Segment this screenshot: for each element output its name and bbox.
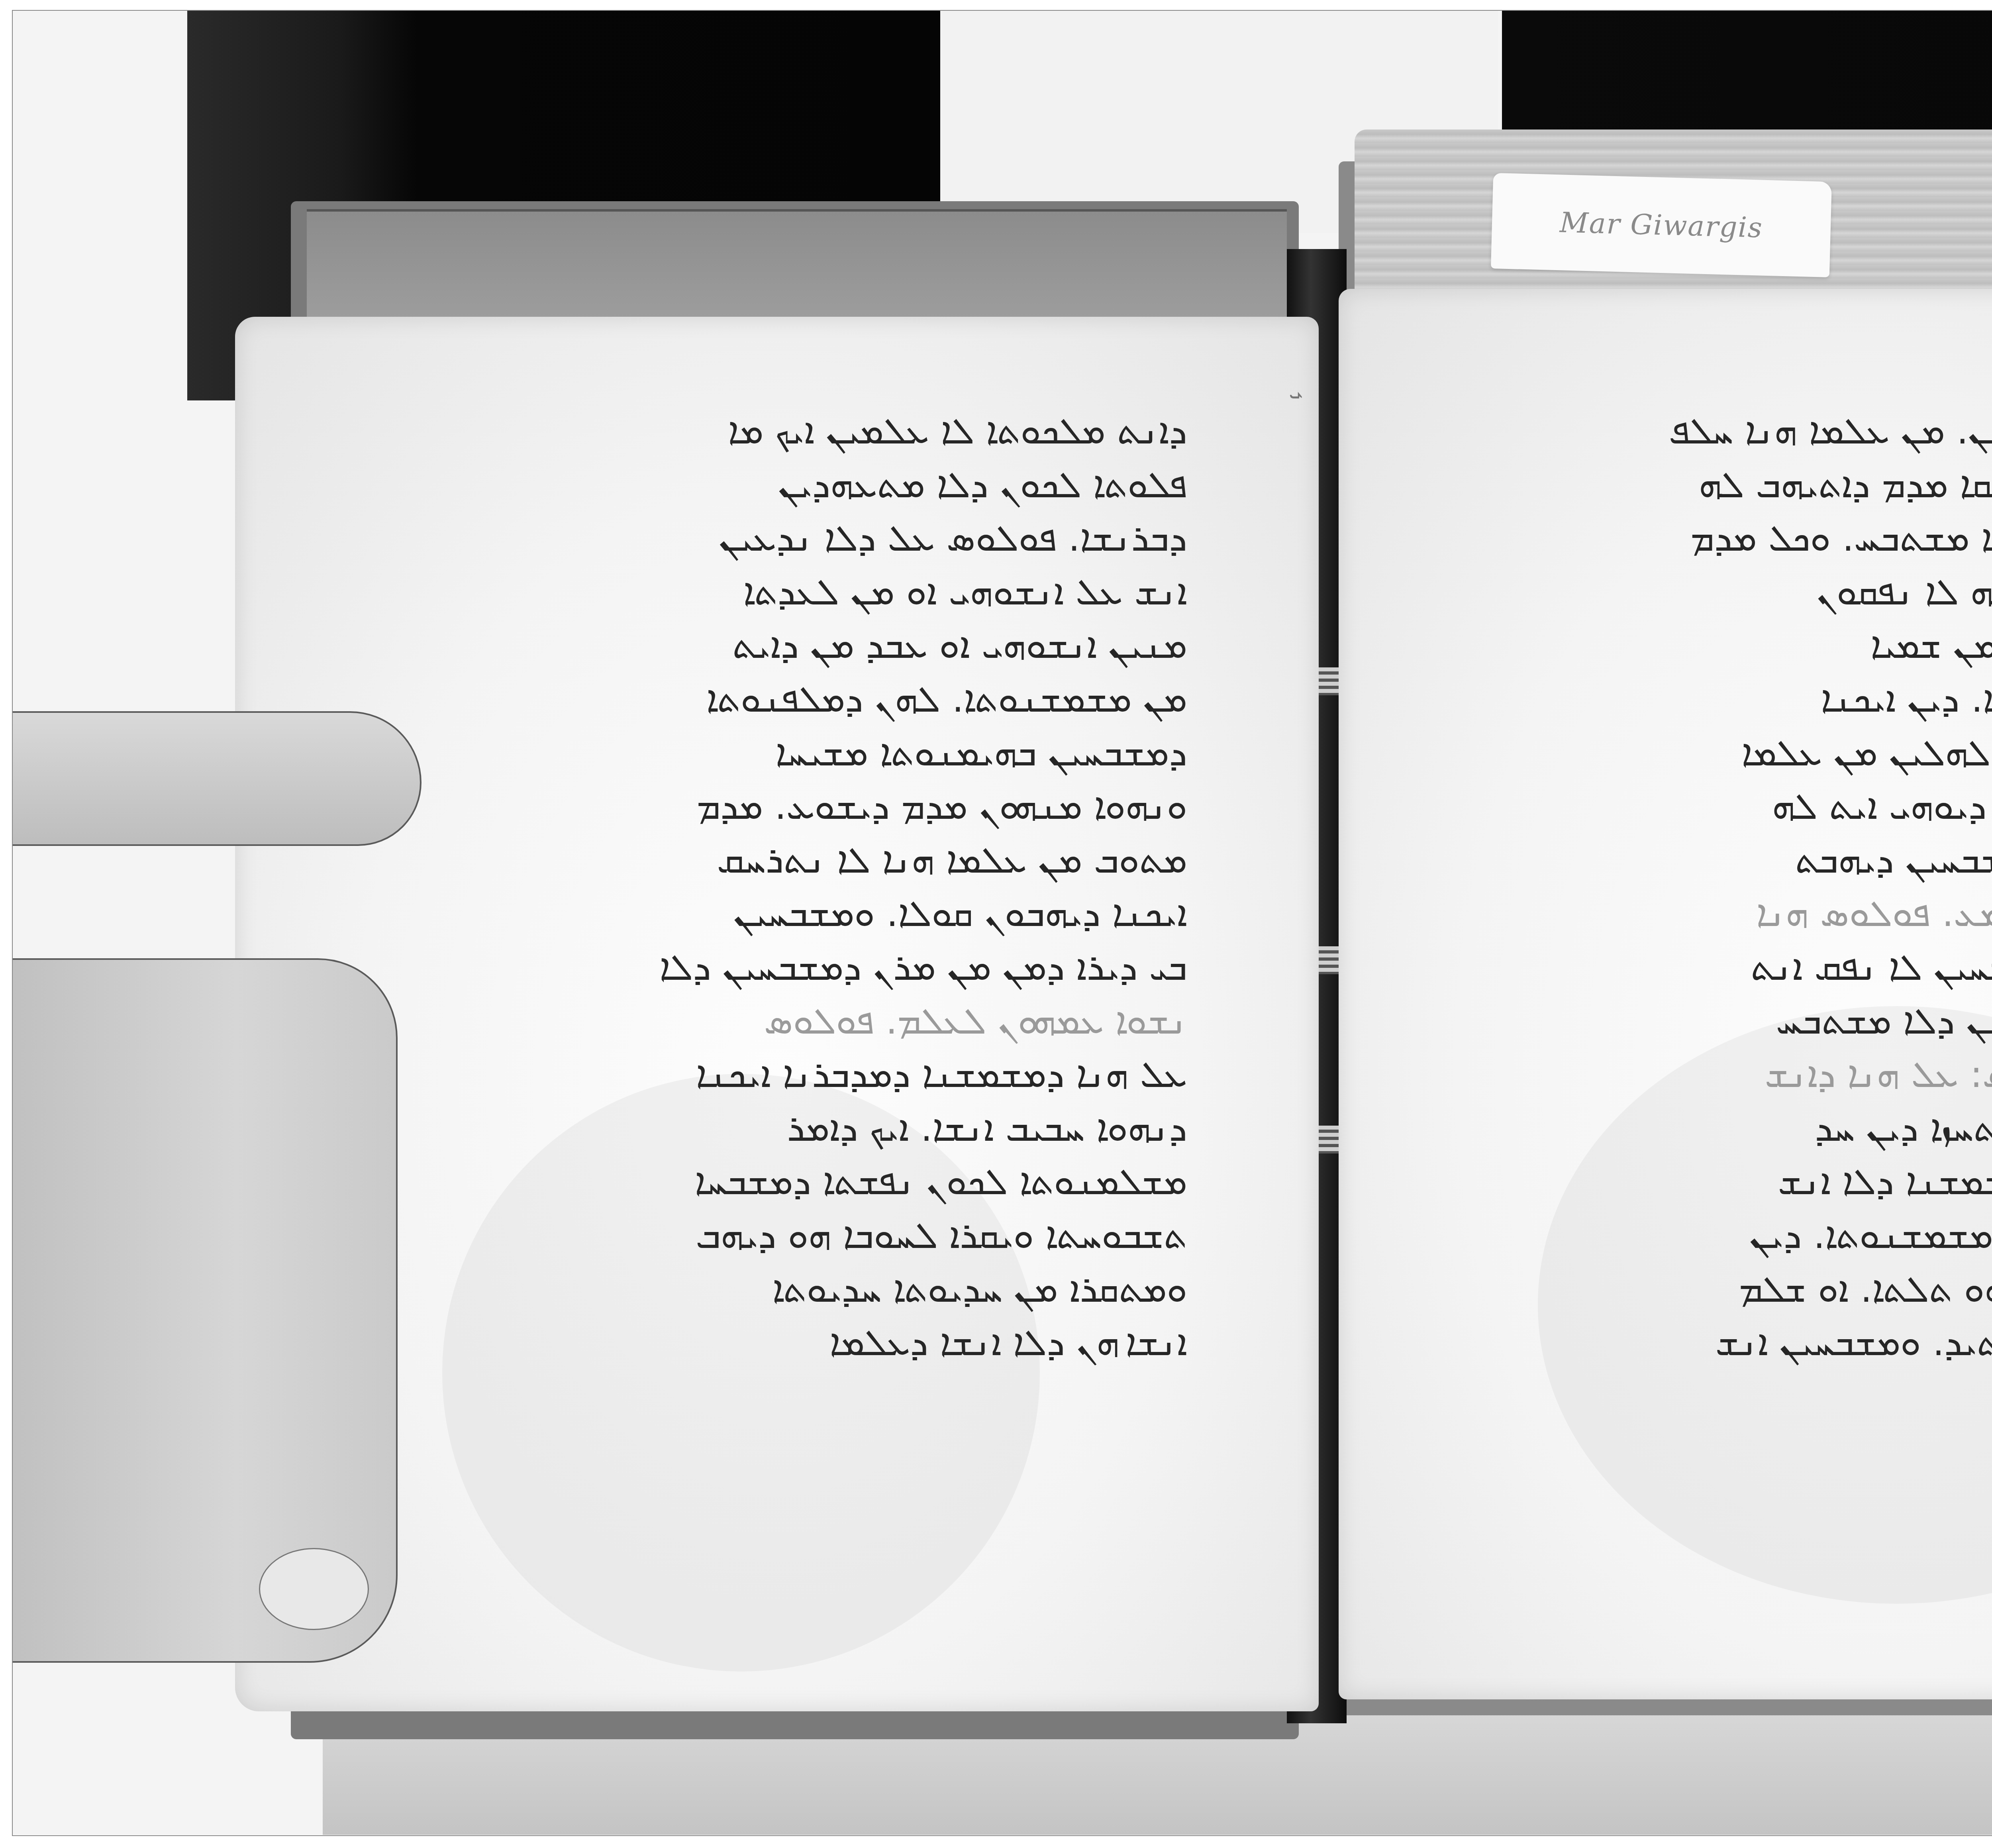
manuscript-line: ܗܘ ܡܕܡ ܕܥܬܝܕ. ܘܡܫܒܚܝܢ ܐܢܫ (1398, 1316, 1992, 1370)
manuscript-line: ܘܢܗܘܐ ܡܢܗܘܢ ܡܕܡ ܕܝܫܘܥ. ܡܕܡ (311, 780, 1187, 834)
manuscript-line: ܕܡܫܒܚܝܢ ܒܗܝܡܢܘܬܐ ܡܫܝܚܐ (311, 726, 1187, 780)
label-text: Mar Giwargis (1559, 206, 1763, 244)
manuscript-line: ܚܕܐ ܗܘ. ܘܡܫܒܚܝܢ ܕܝܗܒܬ (1398, 834, 1992, 887)
manuscript-line: ܐܢܫܐ ܗܢ ܕܠܐ ܐܢܫܐ ܕܥܠܡܐ (311, 1316, 1187, 1370)
manuscript-line: ܕܐܢܬ ܡܠܟܘܬܐ ܠܐ ܥܠܡܝܢ ܐܝܟ ܡܐ (311, 404, 1187, 458)
manuscript-line: ܘܡܬܩܪܐ ܡܢ ܚܕܝܘܬܐ ܚܕܝܘܬܐ (311, 1263, 1187, 1316)
manuscript-line: ܘܡܫܝܚܐ ܘܡܫܡܫܢܐ ܕܠܐ ܐܢܫ (1398, 1155, 1992, 1209)
manuscript-line: ܡܫܠܡܢܘܬܐ ܠܟܘܢ ܢܦܫܬܐ ܕܡܫܒܚܐ (311, 1155, 1187, 1209)
manuscript-line: ܐܬܐ ܡܢ ܥܠܡܐ. ܕܝܢ ܐܝܟܢܐ (1398, 673, 1992, 726)
manuscript-line: ܘܐܡܪ ܕܒܫܡܝܐ ܡܫܬܒܚ. ܘܟܠ ܡܕܡ (1398, 512, 1992, 565)
manuscript-line: ܡܢ ܡܫܡܫܢܘܬܐ. ܠܗܢ ܕܡܠܦܢܘܬܐ (311, 673, 1187, 726)
manuscript-line: ܠܐ ܥܠܝܢ ܕܡܬܚܙܐ ܕܝܢ ܚܕ (1398, 1102, 1992, 1155)
manuscript-line: ܕܢܗܘܐ ܕܡܫܒܚܝܢ ܠܐ ܢܦܩ ܐܢܬ (1398, 941, 1992, 995)
manuscript-line: ܕܒܪܢܫܐ. ܦܘܠܘܣ ܥܠ ܕܠܐ ܢܕܥܝܢ (311, 512, 1187, 565)
right-page-text: ܚܡܫܐ ܘܫܒܥܝܢ. ܡܢ ܥܠܡܐ ܗܢܐ ܚܠܦܡܕܒܪܢܐ ܘܫܒܩܐ… (1398, 404, 1992, 1370)
label-card: Mar Giwargis (1491, 173, 1832, 277)
manuscript-line: ܬܫܒܘܚܬܐ ܘܝܩܪܐ ܠܚܘܒܐ ܗܘ ܕܝܗܒ (311, 1209, 1187, 1263)
manuscript-line: ܦܠܘܬܐ ܠܟܘܢ ܕܠܐ ܡܬܥܗܕܝܢ (311, 458, 1187, 512)
manuscript-line: ܡܠܐ ܐܢܫ ܡܢ ܕܝܘܗܝ ܐܝܬ ܠܗ (1398, 780, 1992, 834)
left-cover-board (307, 209, 1287, 319)
right-page: ܝܐ ܚܡܫܐ ܘܫܒܥܝܢ. ܡܢ ܥܠܡܐ ܗܢܐ ܚܠܦܡܕܒܪܢܐ ܘܫ… (1339, 289, 1992, 1699)
manuscript-line: ܕܢܗ. ܦܘܠܘܣ: ܥܠ ܗܢܐ ܕܐܢܫ (1398, 1048, 1992, 1102)
manuscript-line: ܐܢܫ ܥܠ ܐܢܫܘܗܝ ܐܘ ܡܢ ܠܥܕܬܐ (311, 565, 1187, 619)
manuscript-line: ܚܡܫܐ ܘܫܒܥܝܢ. ܡܢ ܥܠܡܐ ܗܢܐ ܚܠܦ (1398, 404, 1992, 458)
manuscript-line: ܡܢܝܢ ܐܢܫܘܗܝ ܐܘ ܥܒܕ ܡܢ ܕܐܝܬ (311, 619, 1187, 673)
manuscript-line: ܕܡܫܒܚܐ. ܐܘ ܡܫܡܫܢܘܬܐ. ܕܝܢ (1398, 1209, 1992, 1263)
manuscript-line: ܠܚܕ ܡܢ ܐܝܠܝܢ ܕܠܐ ܡܫܬܒܚ (1398, 995, 1992, 1048)
left-page: ܝ ܕܐܢܬ ܡܠܟܘܬܐ ܠܐ ܥܠܡܝܢ ܐܝܟ ܡܐܦܠܘܬܐ ܠܟܘܢ … (235, 317, 1319, 1711)
manuscript-line: ܡܬܘܒ ܡܢ ܥܠܡܐ ܗܢܐ ܠܐ ܢܬܪܚܩ (311, 834, 1187, 887)
manuscript-line: ܕܢܗܘܐ ܚܒܝܒ ܐܢܫܐ. ܐܝܟ ܕܐܡܪ (311, 1102, 1187, 1155)
manuscript-line: ܥܠ ܗܢܐ ܕܡܫܡܫܢܐ ܕܡܕܒܪܢܐ ܐܝܟܢܐ (311, 1048, 1187, 1102)
manuscript-line: ܠܗܢܐ ܠܐ ܢܫܡܥ. ܦܘܠܘܣ ܗܢܐ (1398, 887, 1992, 941)
manuscript-line: ܘܠܐ ܢܡܫܚ ܗܘ ܬܠܬܐ. ܐܘ ܫܠܡ (1398, 1263, 1992, 1316)
left-fingernail (259, 1548, 369, 1630)
folio-mark: ܝ (1289, 377, 1303, 404)
manuscript-line: ܡܕܒܪܢܐ ܘܫܒܩܐ ܡܕܡ ܕܐܬܝܗܒ ܠܗ (1398, 458, 1992, 512)
manuscript-line: ܐܝܟܢܐ ܕܝܗܒܘܢ ܩܘܠܐ. ܘܡܫܒܚܝܢ (311, 887, 1187, 941)
manuscript-line: ܕܫܡܥܬ ܐܢܫ ܠܗܠܝܢ ܡܢ ܥܠܡܐ (1398, 726, 1992, 780)
manuscript-line: ܗܢܐ ܡܢ ܦܘܡܗ ܠܐ ܢܦܩܘܢ (1398, 565, 1992, 619)
manuscript-photo: Mar Giwargis ܝ ܕܐܢܬ ܡܠܟܘܬܐ ܠܐ ܥܠܡܝܢ ܐܝܟ … (12, 10, 1992, 1835)
left-page-text: ܕܐܢܬ ܡܠܟܘܬܐ ܠܐ ܥܠܡܝܢ ܐܝܟ ܡܐܦܠܘܬܐ ܠܟܘܢ ܕܠ… (311, 404, 1187, 1370)
left-thumb (12, 711, 422, 846)
manuscript-line: ܒܝ ܕܝܪܐ ܕܡܢ ܡܢ ܡܪܢ ܕܡܫܒܚܝܢ ܕܠܐ (311, 941, 1187, 995)
manuscript-line: ܢܫܘܐ ܥܡܗܘܢ ܠܥܠܡ. ܦܘܠܘܣ (311, 995, 1187, 1048)
manuscript-line: ܘܢܗܘܐ ܐܢܫܐ ܡܢ ܫܡܝܐ (1398, 619, 1992, 673)
